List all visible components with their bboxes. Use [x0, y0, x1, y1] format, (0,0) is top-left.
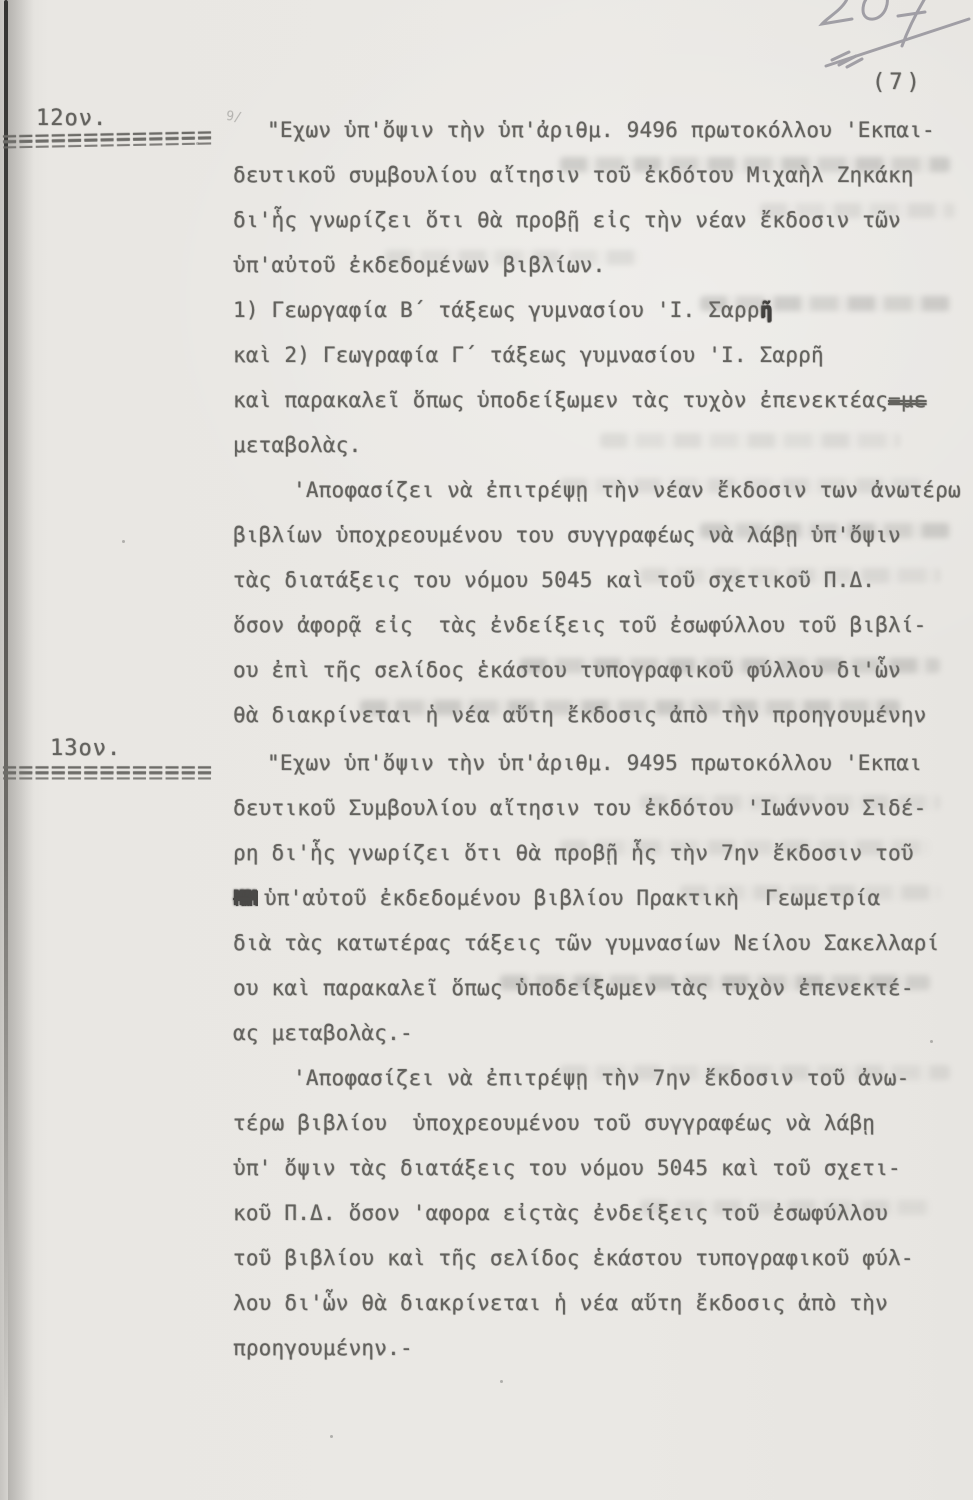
- line-text: 1) Γεωργαφία Β΄ τάξεως γυμνασίου 'Ι. Σαρ…: [233, 298, 760, 322]
- line-text: καὶ παρακαλεῖ ὅπως ὑποδείξωμεν τὰς τυχὸν…: [233, 388, 888, 412]
- bleed-through-text: [500, 975, 930, 990]
- bleed-through-text: [385, 250, 640, 265]
- bleed-through-text: [760, 203, 955, 218]
- bleed-through-text: [640, 1200, 930, 1215]
- bleed-through-text: [560, 1065, 950, 1080]
- bleed-through-text: [560, 840, 930, 855]
- typed-line: ὅσον ἀφορᾷ εἰς τὰς ἐνδείξεις τοῦ ἐσωφύλλ…: [233, 603, 958, 648]
- section-13-text: "Εχων ὑπ'ὄψιν τὴν ὑπ'ἀριθμ. 9495 πρωτοκό…: [233, 741, 958, 1371]
- marginal-rule-13: =============: [2, 757, 213, 782]
- paper-speck: [122, 540, 125, 543]
- bleed-through-text: [680, 885, 940, 900]
- bleed-through-text: [360, 700, 900, 715]
- page-edge-shadow: [8, 0, 34, 1500]
- paper-speck: [196, 142, 199, 145]
- obliterated-text: ΜΜΜ: [233, 886, 250, 910]
- bleed-through-text: [560, 478, 930, 493]
- bleed-through-text: [700, 523, 950, 538]
- typed-line: "Εχων ὑπ'ὄψιν τὴν ὑπ'ἀριθμ. 9496 πρωτοκό…: [233, 108, 958, 153]
- bleed-through-text: [600, 433, 900, 448]
- bleed-through-text: [560, 157, 950, 172]
- struck-out-text: =με: [888, 388, 927, 412]
- typed-line: ὑπ' ὄψιν τὰς διατάξεις του νόμου 5045 κα…: [233, 1146, 958, 1191]
- typed-line: διὰ τὰς κατωτέρας τάξεις τῶν γυμνασίων Ν…: [233, 921, 958, 966]
- typed-line: τοῦ βιβλίου καὶ τῆς σελίδος ἑκάστου τυπο…: [233, 1236, 958, 1281]
- typed-line: προηγουμένην.-: [233, 1326, 958, 1371]
- typed-line: τέρω βιβλίου ὑποχρεουμένου τοῦ συγγραφέω…: [233, 1101, 958, 1146]
- document-page: (7) 9/ 12ον. ============= "Εχων ὑπ'ὄψιν…: [0, 0, 973, 1500]
- bleed-through-text: [700, 296, 950, 311]
- typed-line: καὶ 2) Γεωγραφία Γ΄ τάξεως γυμνασίου 'Ι.…: [233, 333, 958, 378]
- typed-line: ας μεταβολὰς.-: [233, 1011, 958, 1056]
- page-number: (7): [872, 70, 924, 95]
- paper-speck: [500, 1380, 503, 1383]
- typed-line: λου δι'ὧν θὰ διακρίνεται ἡ νέα αὕτη ἔκδο…: [233, 1281, 958, 1326]
- marginal-rule-12: =============: [2, 122, 214, 151]
- bleed-through-text: [640, 568, 940, 583]
- bleed-through-text: [640, 795, 940, 810]
- paper-speck: [330, 1435, 333, 1438]
- typed-line: καὶ παρακαλεῖ ὅπως ὑποδείξωμεν τὰς τυχὸν…: [233, 378, 958, 423]
- handwritten-folio-number: [806, 0, 973, 78]
- typed-line: "Εχων ὑπ'ὄψιν τὴν ὑπ'ἀριθμ. 9495 πρωτοκό…: [233, 741, 958, 786]
- paper-speck: [930, 1040, 933, 1043]
- bleed-through-text: [520, 658, 940, 673]
